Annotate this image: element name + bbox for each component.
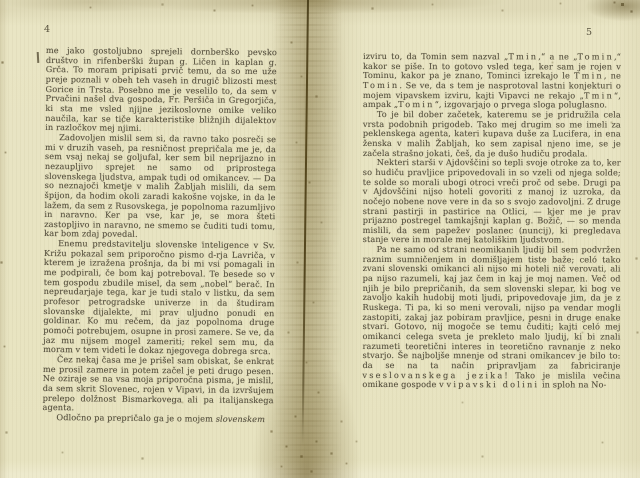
text-segment: Tomin	[363, 80, 399, 90]
text-segment: Nekteri starši v Ajdovščini so tepli svo…	[363, 157, 621, 245]
paragraph: Enemu predstavitelju slovenske inteligen…	[43, 239, 275, 357]
right-page-text: izviru to, da Tomin sem nazval „Tmin,“ a…	[362, 52, 621, 390]
paragraph: Odločno pa prepričalo ga je o mojem slov…	[42, 413, 273, 425]
paragraph: Zadovoljen mislil sem si, da ravno tako …	[44, 133, 276, 241]
paragraph: Čez nekaj časa me je prišel sam obiskat,…	[42, 355, 274, 415]
paragraph: me jako gostoljubno sprejeli dornberško …	[45, 46, 277, 135]
text-segment: me jako gostoljubno sprejeli dornberško …	[45, 45, 277, 133]
paragraph: izviru to, da Tomin sem nazval „Tmin,“ a…	[363, 52, 621, 110]
text-segment: , ne	[604, 71, 621, 81]
text-segment: Tomin	[398, 99, 434, 109]
text-segment: in sploh na No-	[539, 380, 606, 390]
margin-pen-mark	[37, 52, 39, 63]
book-scan: 4 5 me jako gostoljubno sprejeli dornber…	[0, 0, 640, 478]
gutter-line	[302, 0, 309, 446]
text-segment: vipavski dolini	[447, 379, 540, 389]
text-segment: Zadovoljen mislil sem si, da ravno tako …	[44, 132, 276, 239]
paragraph: Nekteri starši v Ajdovščini so tepli svo…	[363, 158, 621, 245]
text-segment: Pa ne samo od strani neomikanih ljudij b…	[362, 244, 620, 370]
foxing-speckles	[0, 0, 1, 1]
page-number-right: 5	[586, 27, 593, 38]
text-segment: Tmin	[508, 51, 538, 61]
text-segment: Tmin	[584, 90, 614, 100]
paragraph: Pa ne samo od strani neomikanih ljudij b…	[362, 245, 620, 390]
text-segment: Tmin	[574, 71, 604, 81]
text-segment: ,“ a ne „	[538, 51, 577, 61]
text-segment: Enemu predstavitelju slovenske inteligen…	[43, 238, 275, 356]
left-page-text: me jako gostoljubno sprejeli dornberško …	[42, 46, 277, 425]
page-number-left: 4	[44, 24, 51, 35]
text-segment: Odločno pa prepričalo ga je o mojem	[56, 412, 215, 424]
text-segment: To je bil dober začetek, kateremu se je …	[363, 109, 621, 158]
text-segment: . Se ve, da s tem je nasprotoval lastni …	[363, 80, 621, 100]
text-segment: Čez nekaj časa me je prišel sam obiskat,…	[42, 354, 274, 412]
text-segment: slovenskem	[216, 414, 265, 424]
paragraph: To je bil dober začetek, kateremu se je …	[363, 110, 621, 159]
text-segment: Tomin	[578, 51, 614, 61]
